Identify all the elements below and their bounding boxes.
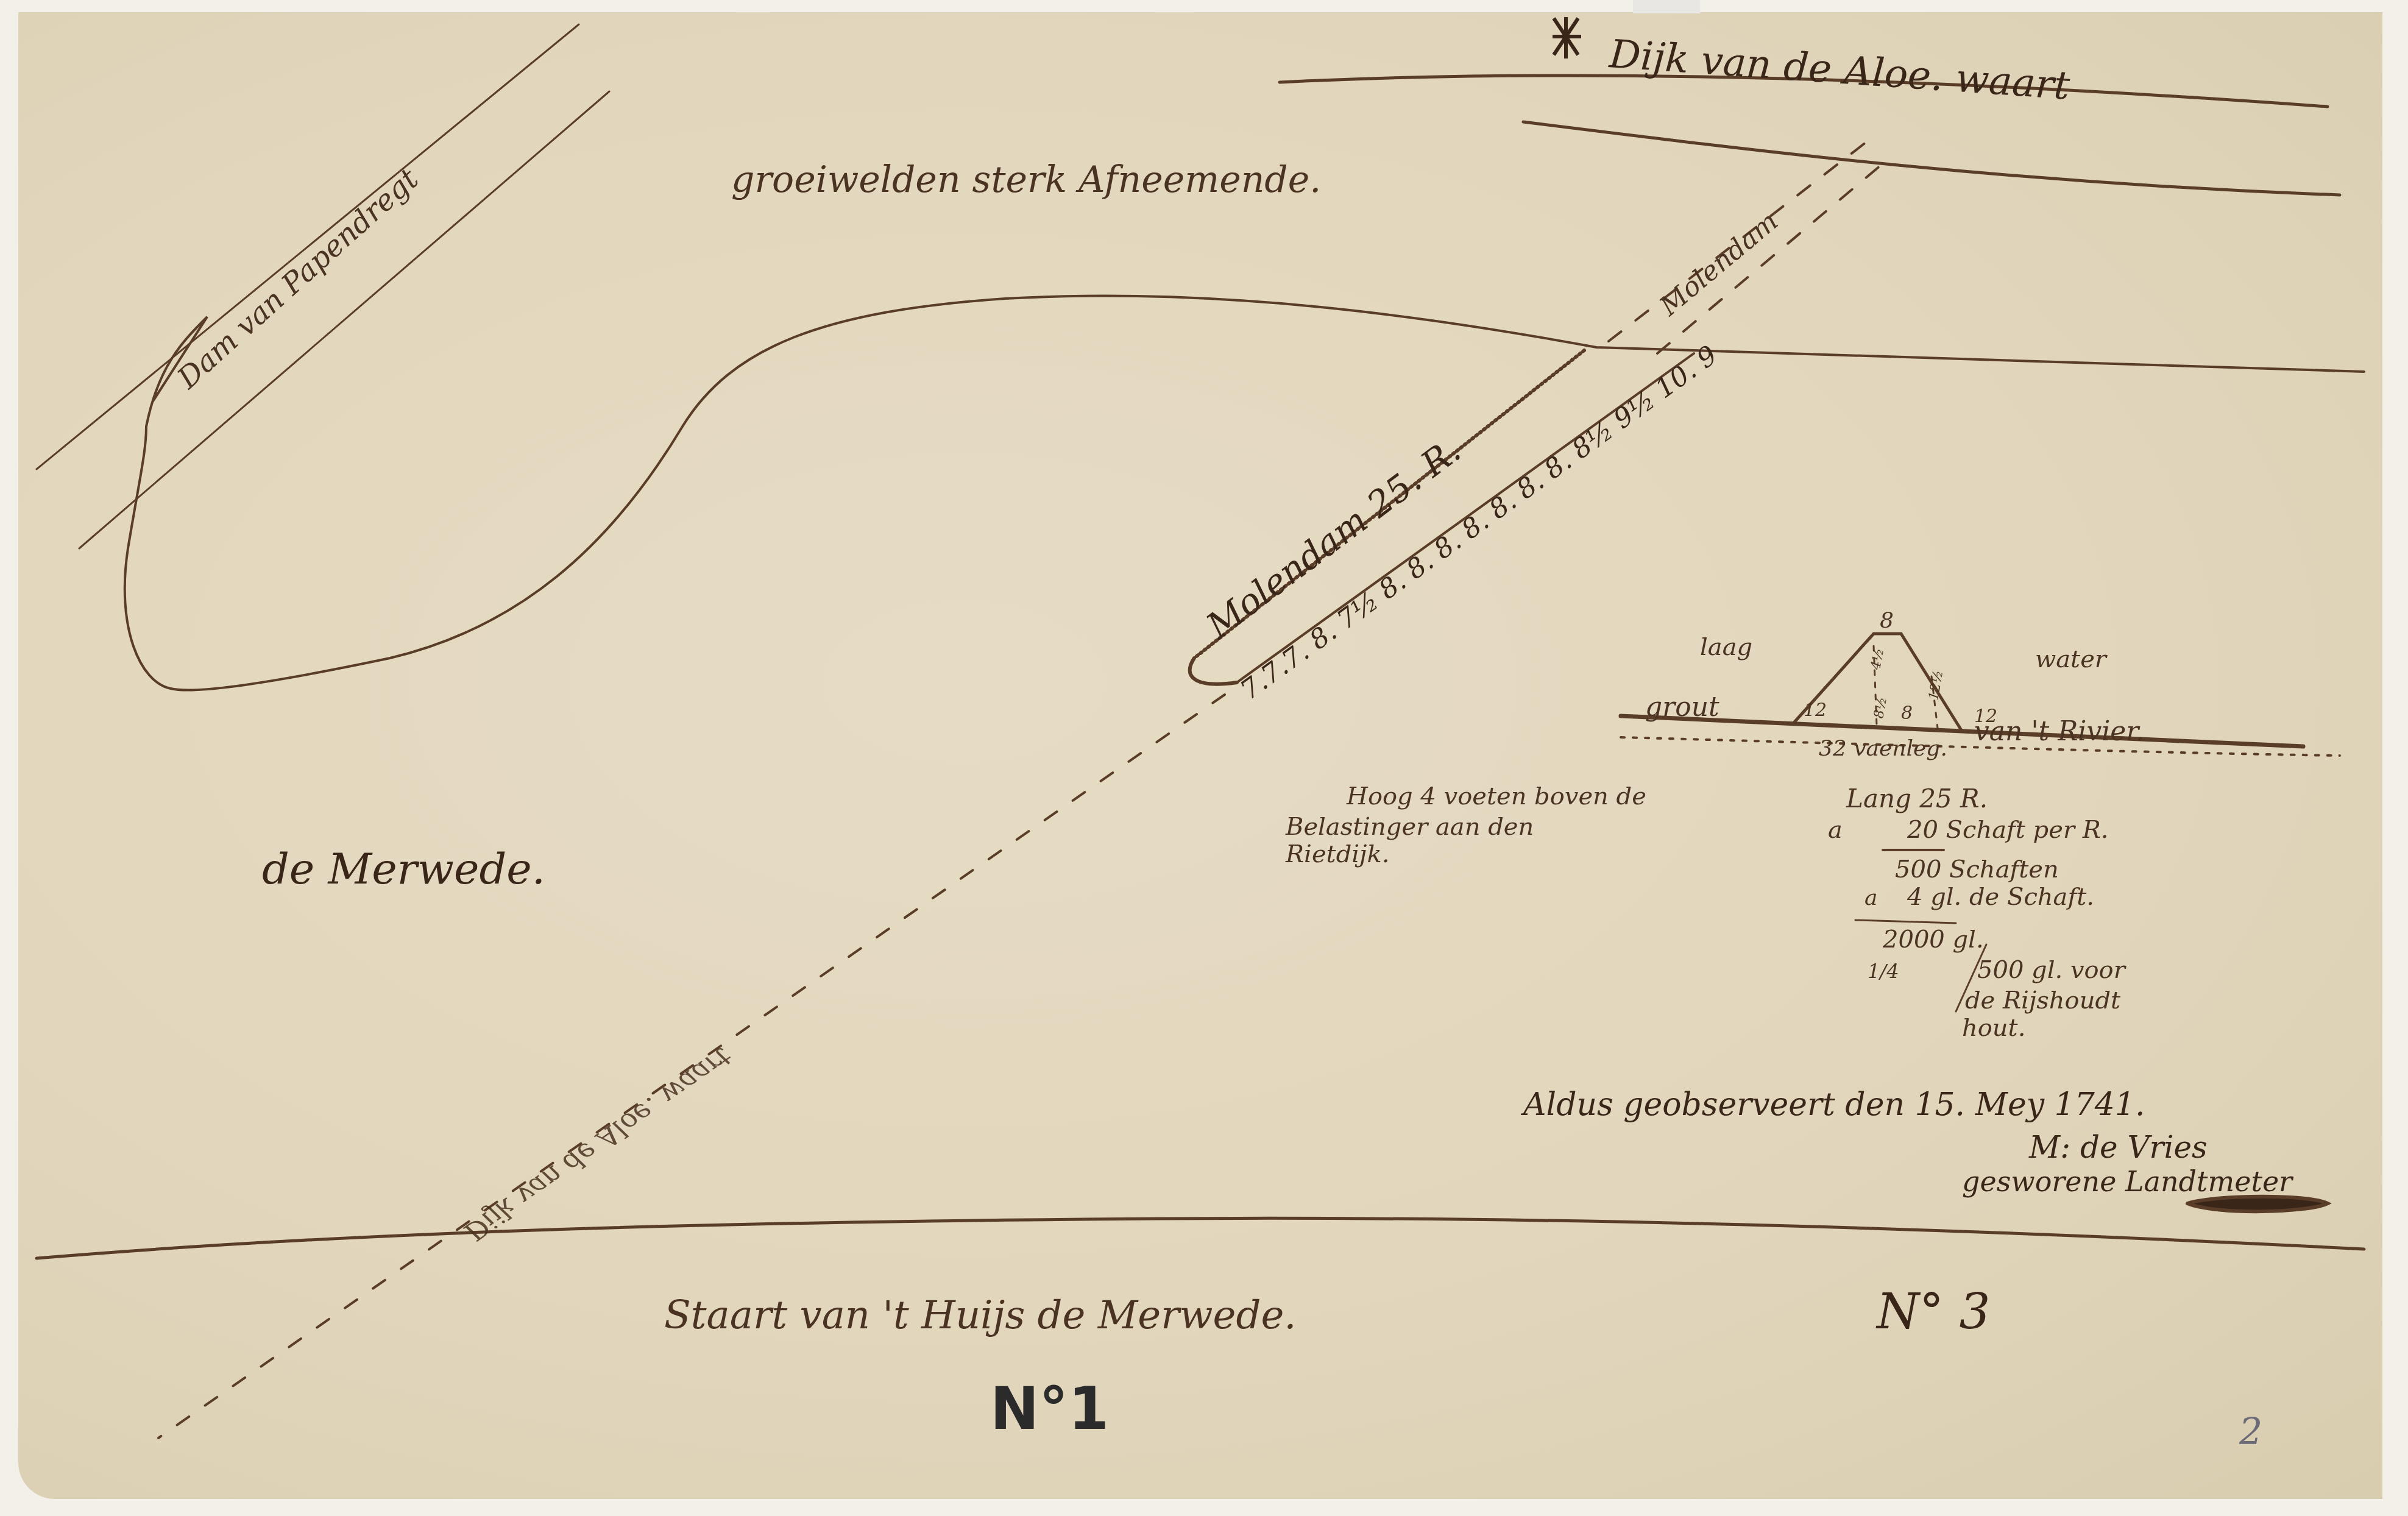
river-merwede-label: de Merwede.	[262, 844, 545, 894]
signature-flourish	[2187, 1197, 2328, 1211]
cs-top-width: 8	[1880, 608, 1894, 633]
dike-top-label: Dijk van de Aloe. waart	[1607, 32, 2072, 109]
cs-center: 8	[1901, 703, 1913, 724]
cs-left-slope: 12	[1804, 700, 1827, 721]
groeiwelden-label: groeiwelden sterk Afneemende.	[731, 158, 1321, 201]
height-note-line2: Belastinger aan den	[1285, 813, 1534, 841]
calc-a1: a	[1828, 816, 1843, 844]
calc-line1: Lang 25 R.	[1846, 784, 1988, 813]
calc-line6: 500 gl. voor	[1977, 956, 2127, 984]
molendam-depths: 7.7.7. 8. 7½ 8. 8. 8. 8. 8. 8. 8. 8½ 9½ …	[1234, 339, 1723, 706]
signature-line1: Aldus geobserveert den 15. Mey 1741.	[1521, 1086, 2145, 1123]
map-drawing: Dijk van de Aloe. waart groeiwelden ster…	[0, 0, 2408, 1516]
signature-title: gesworene Landtmeter	[1962, 1165, 2294, 1198]
cs-base-label: 32 vaenleg.	[1819, 736, 1947, 761]
cs-water-right: water	[2035, 645, 2108, 673]
dam-papendregt-lower-edge	[79, 91, 609, 548]
calc-line7: de Rijshoudt	[1965, 986, 2121, 1015]
bottom-shore-label: Staart van 't Huijs de Merwede.	[664, 1293, 1297, 1338]
calc-line3: 500 Schaften	[1895, 855, 2059, 884]
calc-rule-2	[1855, 920, 1956, 923]
signature-name: M: de Vries	[2028, 1130, 2208, 1165]
height-note-line3: Rietdijk.	[1285, 840, 1389, 868]
cs-ground-left: grout	[1645, 692, 1719, 723]
cs-ground-right: van 't Rivier.	[1974, 716, 2145, 747]
bottom-shore-line	[37, 1218, 2364, 1258]
dike-top-lower-edge	[1523, 122, 2340, 195]
molendam-end-cap	[1190, 658, 1237, 684]
cs-water-left: laag	[1700, 633, 1752, 661]
stamp-number: N°1	[990, 1375, 1109, 1443]
molendam-upper-dash-right	[1657, 158, 1889, 353]
height-note-line1: Hoog 4 voeten boven de	[1346, 782, 1646, 810]
cs-height-right: 12½	[1926, 669, 1946, 701]
calc-line2: 20 Schaft per R.	[1907, 816, 2109, 844]
cs-height-upper: 4½	[1868, 647, 1887, 671]
calc-fraction: 1/4	[1868, 960, 1899, 983]
windmill-icon	[1553, 17, 1581, 58]
calc-line5: 2000 gl.	[1882, 926, 1984, 954]
calc-line8: hout.	[1962, 1014, 2025, 1042]
diagonal-line-mirrored-label: Dijk van de Aloe. waart	[459, 1040, 737, 1248]
calc-line4: 4 gl. de Schaft.	[1907, 883, 2094, 911]
cs-height-left: 8½	[1871, 696, 1890, 720]
calc-a2: a	[1864, 885, 1877, 910]
pencil-number: 2	[2239, 1411, 2262, 1453]
sheet-number-ink: N° 3	[1875, 1283, 1990, 1340]
